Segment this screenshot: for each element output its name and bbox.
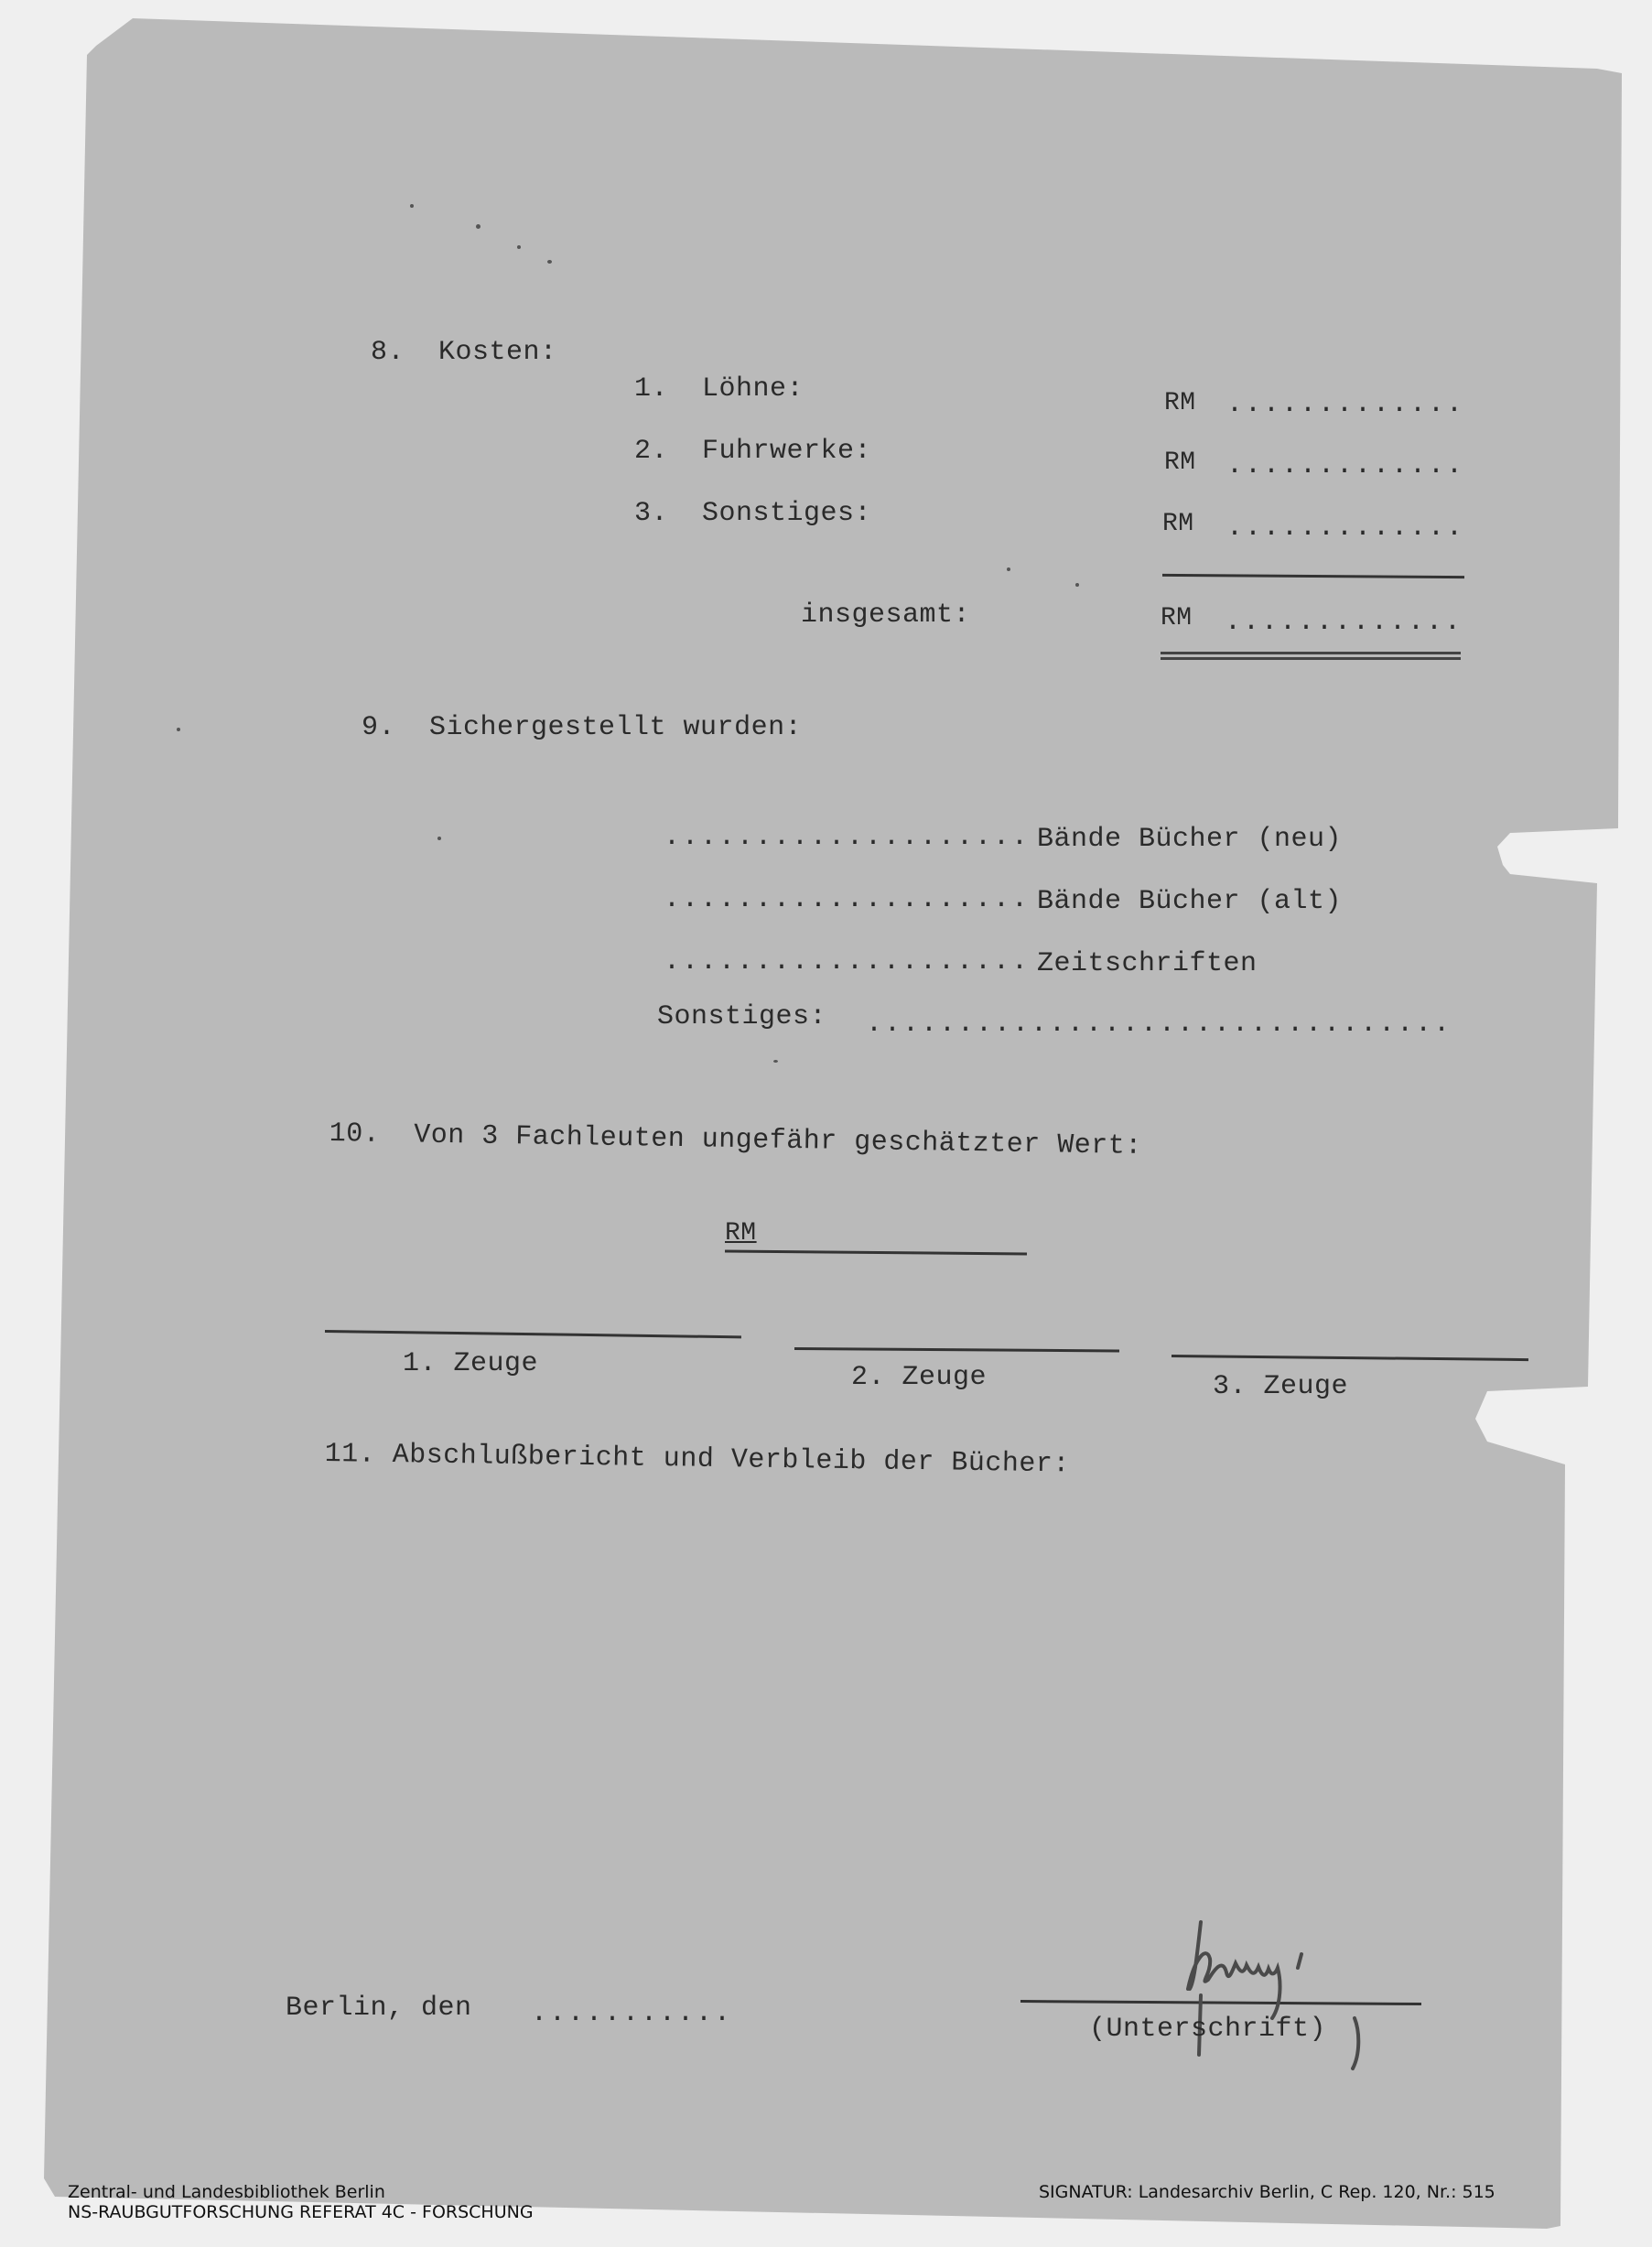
- cost-item-value-field[interactable]: .............: [1226, 389, 1464, 420]
- cost-item-currency: RM: [1164, 448, 1196, 477]
- secured-item-label: Zeitschriften: [1037, 948, 1258, 979]
- place-label: Berlin, den: [286, 1993, 472, 2024]
- total-value-field[interactable]: .............: [1225, 607, 1463, 638]
- paper-speck: [410, 204, 414, 208]
- secured-count-field[interactable]: ....................: [664, 884, 1030, 915]
- date-field[interactable]: ...........: [531, 1998, 732, 2029]
- document-page: [0, 0, 1652, 2247]
- total-double-rule: [1161, 652, 1461, 660]
- footer-library-name: Zentral- und Landesbibliothek Berlin: [68, 2182, 385, 2202]
- secured-count-field[interactable]: ....................: [664, 946, 1030, 978]
- paper-speck: [476, 224, 480, 229]
- cost-item-value-field[interactable]: .............: [1226, 450, 1464, 481]
- paper-speck: [437, 837, 441, 840]
- cost-item-currency: RM: [1162, 510, 1194, 538]
- footer-signature-reference: SIGNATUR: Landesarchiv Berlin, C Rep. 12…: [1039, 2182, 1495, 2202]
- cost-item-value-field[interactable]: .............: [1226, 513, 1464, 544]
- paper-speck: [517, 245, 521, 249]
- total-currency: RM: [1161, 604, 1193, 632]
- total-label: insgesamt:: [801, 600, 970, 631]
- paper-speck: [1007, 567, 1010, 571]
- secured-other-field[interactable]: ................................: [866, 1009, 1452, 1040]
- paper-speck: [177, 728, 180, 731]
- secured-other-label: Sonstiges:: [657, 1001, 826, 1032]
- secured-item-label: Bände Bücher (neu): [1037, 824, 1342, 855]
- cost-item-currency: RM: [1164, 389, 1196, 417]
- cost-item-label: 3. Sonstiges:: [634, 498, 871, 529]
- footer-department: NS-RAUBGUTFORSCHUNG REFERAT 4C - FORSCHU…: [68, 2202, 534, 2222]
- witness-label: 2. Zeuge: [851, 1362, 987, 1393]
- cost-item-label: 1. Löhne:: [634, 373, 804, 405]
- handwritten-signature-icon: [1144, 1918, 1437, 2082]
- paper-speck: [547, 260, 552, 264]
- witness-label: 3. Zeuge: [1213, 1371, 1348, 1402]
- paper-speck: [1075, 583, 1079, 587]
- paper-speck: [773, 1060, 778, 1063]
- signature-caption: (Unterschrift): [1089, 2014, 1326, 2045]
- section8-heading: 8. Kosten:: [371, 337, 557, 368]
- witness-label: 1. Zeuge: [403, 1348, 538, 1379]
- secured-item-label: Bände Bücher (alt): [1037, 886, 1342, 917]
- secured-count-field[interactable]: ....................: [664, 822, 1030, 853]
- estimate-currency: RM: [725, 1219, 757, 1248]
- section9-heading: 9. Sichergestellt wurden:: [362, 712, 802, 743]
- final-report-area[interactable]: [325, 1492, 1469, 1904]
- cost-item-label: 2. Fuhrwerke:: [634, 436, 871, 467]
